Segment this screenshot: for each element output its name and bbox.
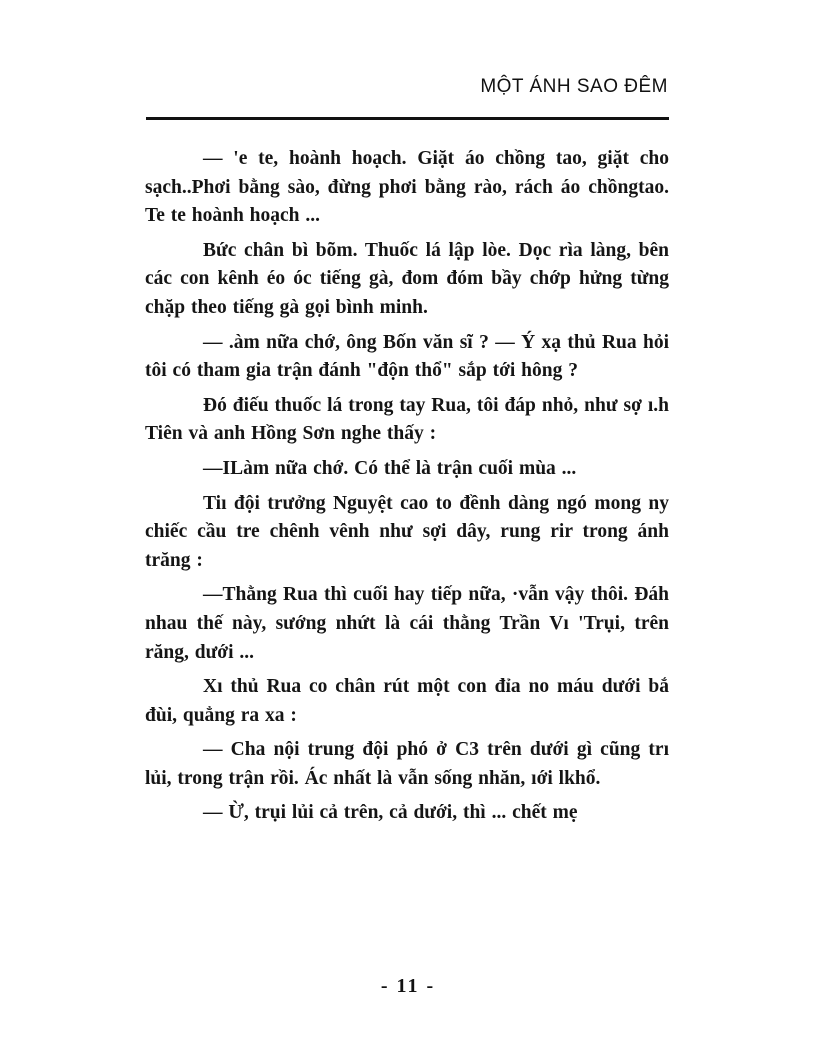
paragraph: — Ừ, trụi lủi cả trên, cả dưới, thì ... … xyxy=(145,799,669,828)
paragraph: — 'e te, hoành hoạch. Giặt áo chồng tao,… xyxy=(145,145,669,231)
page-number: - 11 - xyxy=(0,975,816,998)
paragraph: —ILàm nữa chớ. Có thể là trận cuối mùa .… xyxy=(145,455,669,484)
paragraph: Đó điếu thuốc lá trong tay Rua, tôi đáp … xyxy=(145,392,669,449)
paragraph: Xı thủ Rua co chân rút một con đỉa no má… xyxy=(145,673,669,730)
header-rule xyxy=(146,117,669,120)
paragraph: Tiı đội trưởng Nguyệt cao to đềnh dàng n… xyxy=(145,490,669,576)
body-text: — 'e te, hoành hoạch. Giặt áo chồng tao,… xyxy=(145,145,669,834)
paragraph: — .àm nữa chớ, ông Bốn văn sĩ ? — Ý xạ t… xyxy=(145,329,669,386)
paragraph: — Cha nội trung đội phó ở C3 trên dưới g… xyxy=(145,736,669,793)
running-title: MỘT ÁNH SAO ĐÊM xyxy=(480,76,668,98)
paragraph: Bức chân bì bõm. Thuốc lá lập lòe. Dọc r… xyxy=(145,237,669,323)
paragraph: —Thằng Rua thì cuối hay tiếp nữa, ·vẫn v… xyxy=(145,581,669,667)
